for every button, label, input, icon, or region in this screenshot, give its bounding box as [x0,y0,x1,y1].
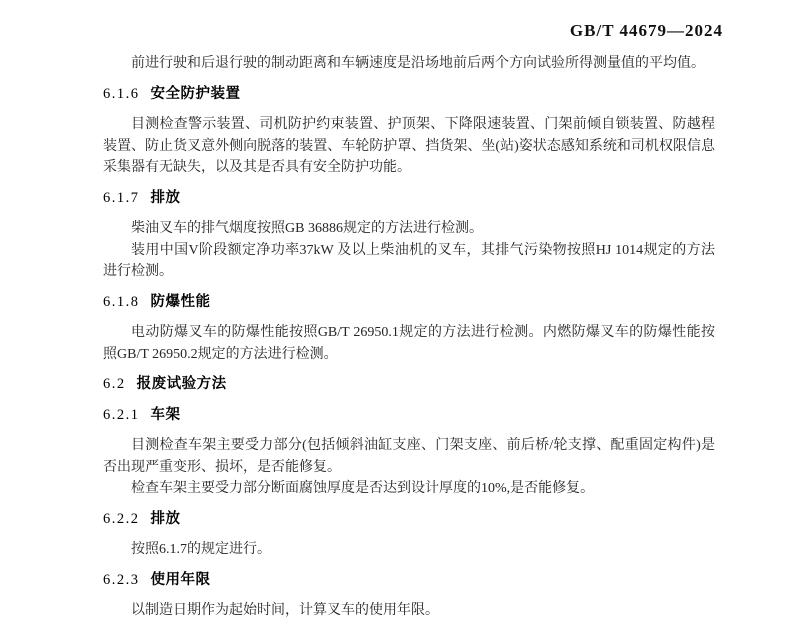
section-heading-6-1-7: 6.1.7排放 [103,188,715,210]
section-heading-6-2-1: 6.2.1车架 [103,405,715,427]
section-number: 6.1.7 [103,190,140,206]
section-title: 排放 [151,511,181,527]
paragraph: 装用中国V阶段额定净功率37kW 及以上柴油机的叉车，其排气污染物按照HJ 10… [103,240,715,283]
section-number: 6.2.2 [103,511,140,527]
section-number: 6.2.1 [103,407,140,423]
paragraph: 目测检查车架主要受力部分(包括倾斜油缸支座、门架支座、前后桥/轮支撑、配重固定构… [103,435,715,478]
paragraph: 电动防爆叉车的防爆性能按照GB/T 26950.1规定的方法进行检测。内燃防爆叉… [103,322,715,365]
section-title: 安全防护装置 [151,86,241,102]
paragraph: 以制造日期作为起始时间，计算叉车的使用年限。 [103,600,715,622]
section-number: 6.1.6 [103,86,140,102]
document-page: GB/T 44679—2024 前进行驶和后退行驶的制动距离和车辆速度是沿场地前… [0,0,794,643]
standard-number: GB/T 44679—2024 [570,21,723,41]
section-number: 6.1.8 [103,294,140,310]
paragraph: 检查车架主要受力部分断面腐蚀厚度是否达到设计厚度的10%,是否能修复。 [103,478,715,500]
section-title: 防爆性能 [151,294,211,310]
paragraph: 目测检查警示装置、司机防护约束装置、护顶架、下降限速装置、门架前倾自锁装置、防越… [103,114,715,179]
section-title: 排放 [151,190,181,206]
section-heading-6-2-2: 6.2.2排放 [103,509,715,531]
section-title: 使用年限 [151,572,211,588]
section-heading-6-2-3: 6.2.3使用年限 [103,570,715,592]
section-title: 报废试验方法 [137,376,227,392]
section-title: 车架 [151,407,181,423]
paragraph: 按照6.1.7的规定进行。 [103,539,715,561]
section-heading-6-1-8: 6.1.8防爆性能 [103,292,715,314]
paragraph: 柴油叉车的排气烟度按照GB 36886规定的方法进行检测。 [103,218,715,240]
section-number: 6.2.3 [103,572,140,588]
section-heading-6-2: 6.2报废试验方法 [103,374,715,396]
paragraph: 前进行驶和后退行驶的制动距离和车辆速度是沿场地前后两个方向试验所得测量值的平均值… [103,53,715,75]
document-body: 前进行驶和后退行驶的制动距离和车辆速度是沿场地前后两个方向试验所得测量值的平均值… [103,53,715,622]
section-number: 6.2 [103,376,126,392]
section-heading-6-1-6: 6.1.6安全防护装置 [103,84,715,106]
